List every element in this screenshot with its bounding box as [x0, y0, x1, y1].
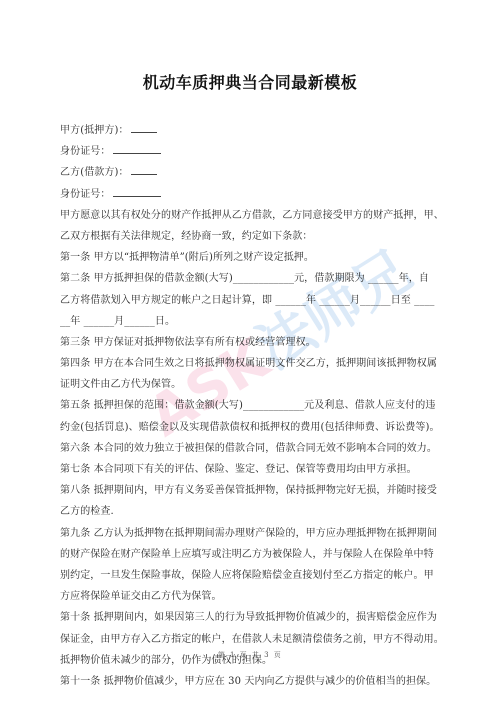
- party-a-id-line: 身份证号：: [60, 141, 442, 162]
- clause-5-line-1: 第五条 抵押担保的范围：借款金额(大写)____________元及利息、借款人…: [60, 395, 442, 416]
- clause-10-line-2: 保证金，由甲方存入乙方指定的帐户，在借款人未足额清偿债务之前，甲方不得动用。: [60, 629, 442, 650]
- preamble-line-2: 乙双方根据有关法律规定，经协商一致，约定如下条款：: [60, 226, 442, 247]
- clause-9-line-3: 别约定，一旦发生保险事故，保险人应将保险赔偿金直接划付至乙方指定的帐户。甲: [60, 565, 442, 586]
- clause-3: 第三条 甲方保证对抵押物依法享有所有权或经营管理权。: [60, 332, 442, 353]
- party-b-label: 乙方(借款方)：: [60, 167, 129, 178]
- clause-2-line-3: __年 ______月______日。: [60, 311, 442, 332]
- party-b-line: 乙方(借款方)：: [60, 162, 442, 183]
- document-body: 甲方(抵押方)： 身份证号： 乙方(借款方)： 身份证号： 甲方愿意以其有权处分…: [60, 120, 442, 692]
- party-b-id-line: 身份证号：: [60, 184, 442, 205]
- party-a-line: 甲方(抵押方)：: [60, 120, 442, 141]
- party-b-id-blank: [113, 186, 161, 197]
- preamble-line-1: 甲方愿意以其有权处分的财产作抵押从乙方借款，乙方同意接受甲方的财产抵押，甲、: [60, 205, 442, 226]
- clause-7: 第七条 本合同项下有关的评估、保险、鉴定、登记、保管等费用均由甲方承担。: [60, 459, 442, 480]
- clause-5-line-2: 约金(包括罚息)、赔偿金以及实现借款债权和抵押权的费用(包括律师费、诉讼费等)。: [60, 417, 442, 438]
- document-page: ASK法师兄 机动车质押典当合同最新模板 甲方(抵押方)： 身份证号： 乙方(借…: [0, 0, 500, 706]
- party-b-id-label: 身份证号：: [60, 189, 111, 200]
- document-title: 机动车质押典当合同最新模板: [0, 70, 500, 93]
- clause-10-line-1: 第十条 抵押期间内，如果因第三人的行为导致抵押物价值减少的，损害赔偿金应作为: [60, 607, 442, 628]
- party-a-id-blank: [113, 143, 161, 154]
- clause-9-line-4: 方应将保险单证交由乙方代为保管。: [60, 586, 442, 607]
- party-a-label: 甲方(抵押方)：: [60, 125, 129, 136]
- clause-2-line-2: 乙方将借款划入甲方规定的帐户之日起计算，即 ______年 ______月___…: [60, 290, 442, 311]
- clause-2-line-1: 第二条 甲方抵押担保的借款金额(大写)____________元，借款期限为 _…: [60, 268, 442, 289]
- clause-8-line-1: 第八条 抵押期间内，甲方有义务妥善保管抵押物，保持抵押物完好无损，并随时接受: [60, 480, 442, 501]
- clause-9-line-1: 第九条 乙方认为抵押物在抵押期间需办理财产保险的，甲方应办理抵押物在抵押期间: [60, 523, 442, 544]
- clause-6: 第六条 本合同的效力独立于被担保的借款合同，借款合同无效不影响本合同的效力。: [60, 438, 442, 459]
- clause-1: 第一条 甲方以“抵押物清单”(附后)所列之财产设定抵押。: [60, 247, 442, 268]
- clause-11: 第十一条 抵押物价值减少，甲方应在 30 天内向乙方提供与减少的价值相当的担保。: [60, 671, 442, 692]
- party-b-blank: [131, 164, 157, 175]
- clause-4-line-2: 证明文件由乙方代为保管。: [60, 374, 442, 395]
- clause-9-line-2: 的财产保险在财产保险单上应填写或注明乙方为被保险人，并与保险人在保险单中特: [60, 544, 442, 565]
- clause-8-line-2: 乙方的检查.: [60, 501, 442, 522]
- page-number: 第 1 页 共 3 页: [0, 650, 500, 660]
- party-a-blank: [131, 122, 157, 133]
- party-a-id-label: 身份证号：: [60, 146, 111, 157]
- clause-4-line-1: 第四条 甲方在本合同生效之日将抵押物权属证明文件交乙方，抵押期间该抵押物权属: [60, 353, 442, 374]
